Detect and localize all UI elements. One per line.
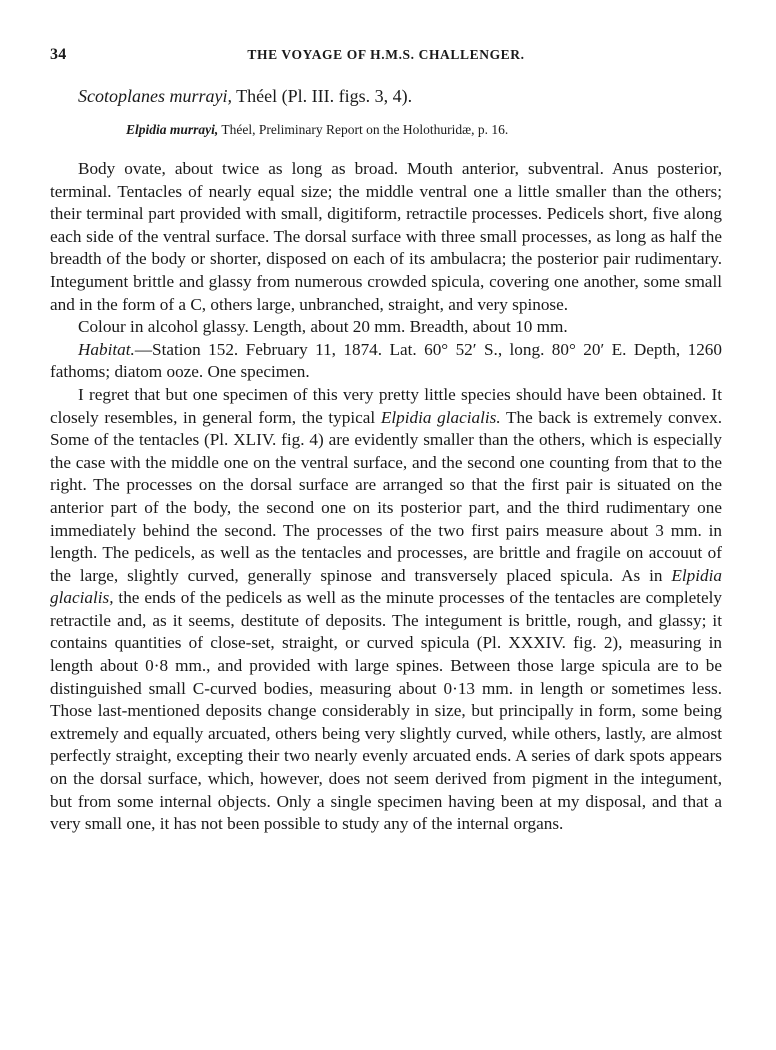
- running-header: 34 THE VOYAGE OF H.M.S. CHALLENGER.: [50, 46, 722, 68]
- synonym-reference: Théel, Preliminary Report on the Holothu…: [218, 122, 508, 137]
- remarks-text-2: The back is extremely convex. Some of th…: [50, 408, 722, 585]
- habitat-text: —Station 152. February 11, 1874. Lat. 60…: [50, 340, 722, 382]
- habitat-label: Habitat.: [78, 340, 135, 359]
- species-heading: Scotoplanes murrayi, Théel (Pl. III. fig…: [78, 86, 412, 107]
- remarks-species-ref-1: Elpidia glacialis.: [381, 408, 501, 427]
- remarks-text-3: the ends of the pedicels as well as the …: [50, 588, 722, 833]
- body-text: Body ovate, about twice as long as broad…: [50, 158, 722, 836]
- running-title: THE VOYAGE OF H.M.S. CHALLENGER.: [50, 47, 722, 63]
- description-paragraph: Body ovate, about twice as long as broad…: [50, 158, 722, 316]
- habitat-paragraph: Habitat.—Station 152. February 11, 1874.…: [50, 339, 722, 384]
- species-authority: Théel (Pl. III. figs. 3, 4).: [232, 86, 412, 106]
- synonymy-citation: Elpidia murrayi, Théel, Preliminary Repo…: [126, 122, 508, 138]
- colour-paragraph: Colour in alcohol glassy. Length, about …: [50, 316, 722, 339]
- synonym-name: Elpidia murrayi,: [126, 122, 218, 137]
- species-name: Scotoplanes murrayi,: [78, 86, 232, 106]
- remarks-paragraph: I regret that but one specimen of this v…: [50, 384, 722, 836]
